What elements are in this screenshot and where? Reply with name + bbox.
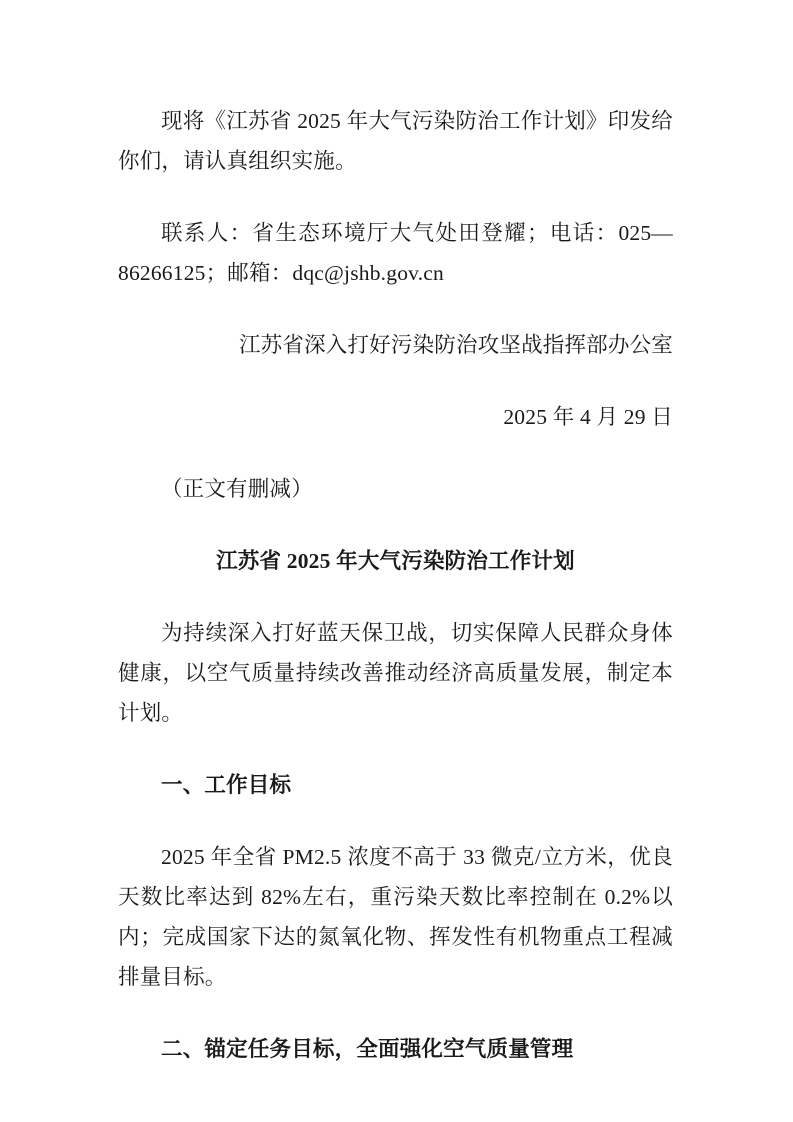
paragraph-targets-detail: 2025 年全省 PM2.5 浓度不高于 33 微克/立方米，优良天数比率达到 … <box>118 837 673 997</box>
document-title: 江苏省 2025 年大气污染防治工作计划 <box>118 541 673 581</box>
heading-section-2-air-quality-management: 二、锚定任务目标，全面强化空气质量管理 <box>118 1029 673 1069</box>
document-page: 现将《江苏省 2025 年大气污染防治工作计划》印发给你们，请认真组织实施。 联… <box>0 0 793 1122</box>
signature-issuing-office: 江苏省深入打好污染防治攻坚战指挥部办公室 <box>118 325 673 365</box>
date-line: 2025 年 4 月 29 日 <box>118 397 673 437</box>
paragraph-forwarding-notice: 现将《江苏省 2025 年大气污染防治工作计划》印发给你们，请认真组织实施。 <box>118 101 673 181</box>
heading-section-1-work-targets: 一、工作目标 <box>118 765 673 805</box>
paragraph-purpose: 为持续深入打好蓝天保卫战，切实保障人民群众身体健康，以空气质量持续改善推动经济高… <box>118 613 673 733</box>
paragraph-contact-info: 联系人：省生态环境厅大气处田登耀；电话：025—86266125；邮箱：dqc@… <box>118 213 673 293</box>
note-text-abridged: （正文有删减） <box>118 469 673 509</box>
